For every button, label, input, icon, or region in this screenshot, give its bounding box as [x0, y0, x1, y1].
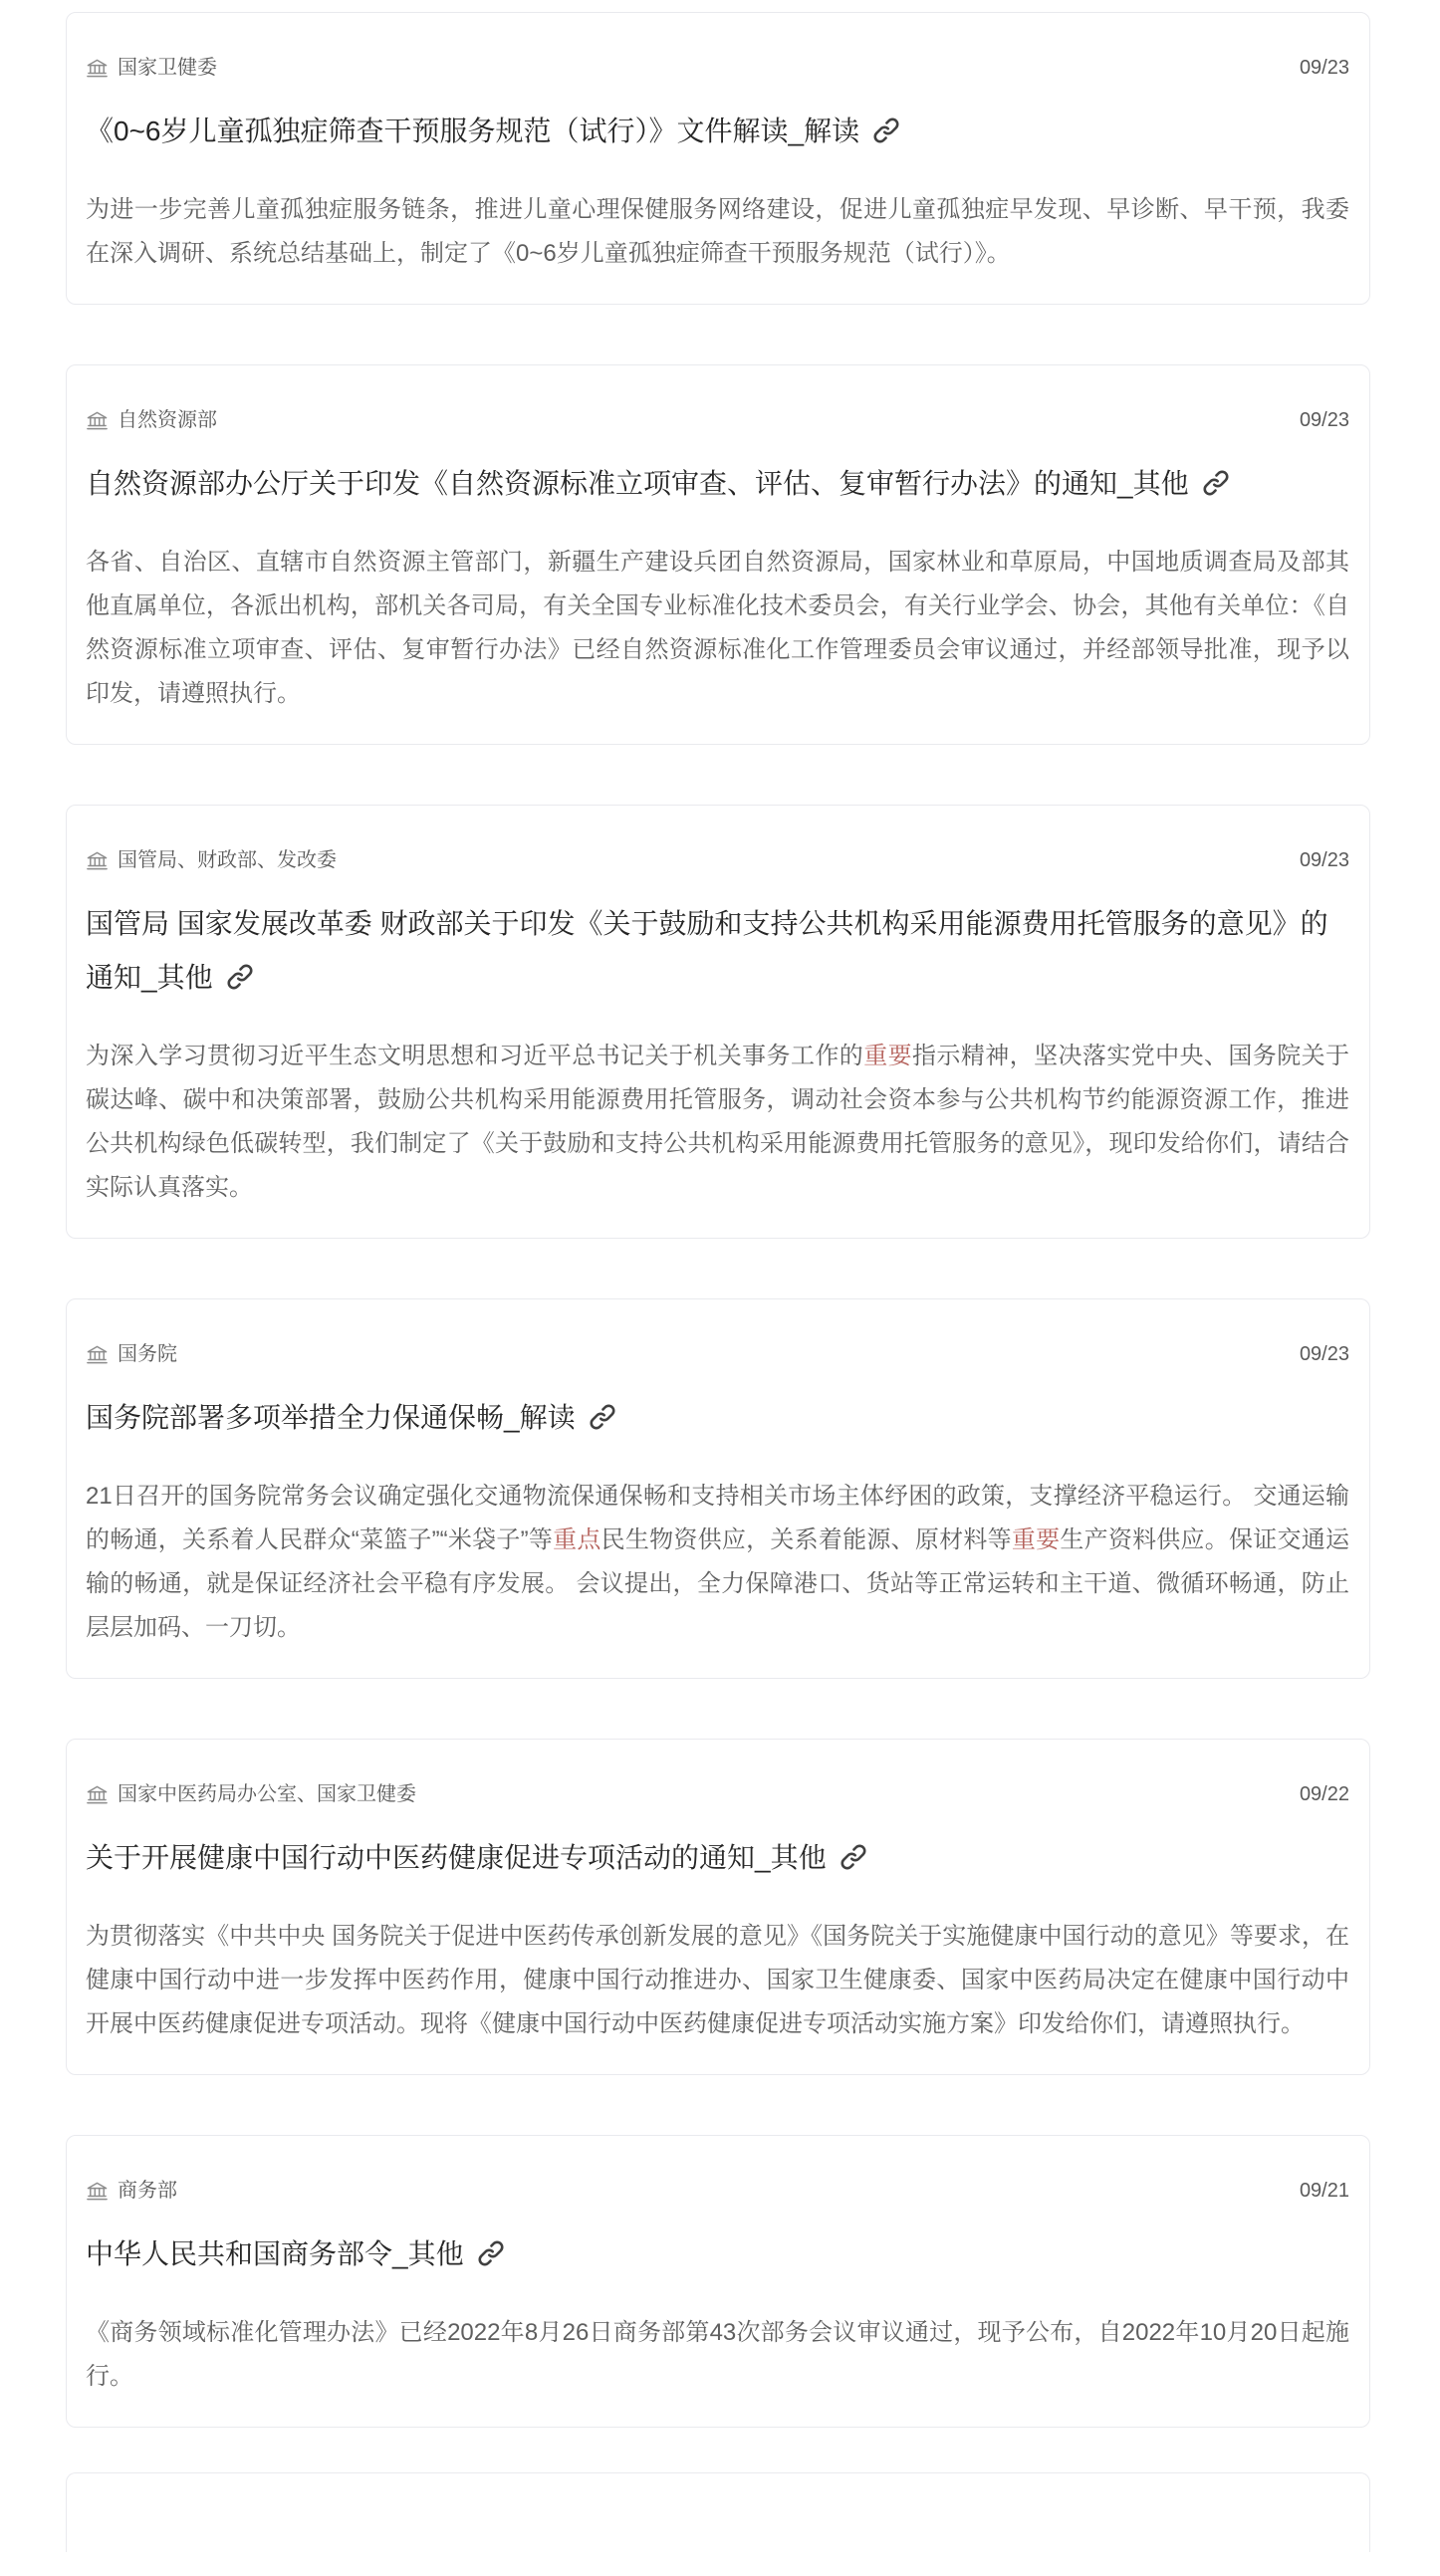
publisher-name: 国务院 — [118, 1341, 177, 1367]
highlighted-keyword: 重点 — [553, 1526, 601, 1553]
item-title-text: 国管局 国家发展改革委 财政部关于印发《关于鼓励和支持公共机构采用能源费用托管服… — [86, 908, 1328, 993]
highlighted-keyword: 重要 — [1012, 1526, 1061, 1553]
link-icon[interactable] — [476, 2238, 506, 2268]
item-summary: 各省、自治区、直辖市自然资源主管部门，新疆生产建设兵团自然资源局，国家林业和草原… — [86, 541, 1349, 716]
publisher: 商务部 — [86, 2178, 177, 2204]
item-summary: 《商务领域标准化管理办法》已经2022年8月26日商务部第43次部务会议审议通过… — [86, 2311, 1349, 2399]
item-title-text: 自然资源部办公厅关于印发《自然资源标准立项审查、评估、复审暂行办法》的通知_其他 — [86, 468, 1189, 499]
publisher-name: 国家卫健委 — [118, 55, 217, 81]
item-summary: 为深入学习贯彻习近平生态文明思想和习近平总书记关于机关事务工作的重要指示精神，坚… — [86, 1035, 1349, 1210]
card-header: 国务院 09/23 — [86, 1341, 1349, 1367]
publisher-name: 自然资源部 — [118, 407, 217, 433]
policy-feed: 国家卫健委 09/23 《0~6岁儿童孤独症筛查干预服务规范（试行）》文件解读_… — [0, 0, 1440, 2552]
publish-date: 09/22 — [1300, 1781, 1349, 1807]
item-title[interactable]: 关于开展健康中国行动中医药健康促进专项活动的通知_其他 — [86, 1831, 1349, 1885]
card-header: 国管局、财政部、发改委 09/23 — [86, 847, 1349, 873]
card-header: 自然资源部 09/23 — [86, 407, 1349, 433]
card-header: 商务部 09/21 — [86, 2178, 1349, 2204]
summary-text: 为深入学习贯彻习近平生态文明思想和习近平总书记关于机关事务工作的 — [86, 1043, 863, 1069]
policy-card[interactable]: 国家中医药局办公室、国家卫健委 09/22 关于开展健康中国行动中医药健康促进专… — [66, 1739, 1370, 2075]
bank-icon — [86, 2180, 109, 2203]
link-icon[interactable] — [1201, 468, 1231, 498]
summary-text: 各省、自治区、直辖市自然资源主管部门，新疆生产建设兵团自然资源局，国家林业和草原… — [86, 549, 1349, 707]
link-icon[interactable] — [588, 1402, 617, 1432]
publish-date: 09/21 — [1300, 2178, 1349, 2204]
bank-icon — [86, 57, 109, 80]
item-title-text: 国务院部署多项举措全力保通保畅_解读 — [86, 1402, 576, 1433]
publisher: 国家卫健委 — [86, 55, 217, 81]
publish-date: 09/23 — [1300, 1341, 1349, 1367]
policy-card[interactable]: 自然资源部 09/23 自然资源部办公厅关于印发《自然资源标准立项审查、评估、复… — [66, 364, 1370, 745]
publisher: 国家中医药局办公室、国家卫健委 — [86, 1781, 416, 1807]
publisher-name: 商务部 — [118, 2178, 177, 2204]
summary-text: 为进一步完善儿童孤独症服务链条，推进儿童心理保健服务网络建设，促进儿童孤独症早发… — [86, 196, 1349, 267]
policy-card[interactable]: 国务院 09/23 国务院部署多项举措全力保通保畅_解读 21日召开的国务院常务… — [66, 1298, 1370, 1679]
item-title-text: 中华人民共和国商务部令_其他 — [86, 2238, 464, 2269]
publisher-name: 国管局、财政部、发改委 — [118, 847, 337, 873]
bank-icon — [86, 409, 109, 432]
bank-icon — [86, 1783, 109, 1806]
policy-card[interactable]: 国家卫健委 09/23 《0~6岁儿童孤独症筛查干预服务规范（试行）》文件解读_… — [66, 12, 1370, 305]
publisher: 国务院 — [86, 1341, 177, 1367]
link-icon[interactable] — [871, 116, 901, 145]
item-title[interactable]: 国管局 国家发展改革委 财政部关于印发《关于鼓励和支持公共机构采用能源费用托管服… — [86, 897, 1349, 1005]
publish-date: 09/23 — [1300, 407, 1349, 433]
publish-date: 09/23 — [1300, 55, 1349, 81]
link-icon[interactable] — [225, 962, 255, 992]
summary-text: 《商务领域标准化管理办法》已经2022年8月26日商务部第43次部务会议审议通过… — [86, 2319, 1349, 2390]
item-title-text: 关于开展健康中国行动中医药健康促进专项活动的通知_其他 — [86, 1842, 827, 1873]
item-title[interactable]: 自然资源部办公厅关于印发《自然资源标准立项审查、评估、复审暂行办法》的通知_其他 — [86, 457, 1349, 511]
item-title[interactable]: 国务院部署多项举措全力保通保畅_解读 — [86, 1391, 1349, 1445]
highlighted-keyword: 重要 — [863, 1043, 912, 1069]
link-icon[interactable] — [839, 1842, 868, 1872]
publish-date: 09/23 — [1300, 847, 1349, 873]
item-title[interactable]: 《0~6岁儿童孤独症筛查干预服务规范（试行）》文件解读_解读 — [86, 105, 1349, 158]
item-title-text: 《0~6岁儿童孤独症筛查干预服务规范（试行）》文件解读_解读 — [86, 116, 859, 146]
policy-card[interactable]: 国管局、财政部、发改委 09/23 国管局 国家发展改革委 财政部关于印发《关于… — [66, 805, 1370, 1239]
policy-card[interactable]: 商务部 09/21 中华人民共和国商务部令_其他 《商务领域标准化管理办法》已经… — [66, 2135, 1370, 2428]
next-card-top-edge — [66, 2472, 1370, 2552]
item-summary: 为进一步完善儿童孤独症服务链条，推进儿童心理保健服务网络建设，促进儿童孤独症早发… — [86, 188, 1349, 276]
publisher: 自然资源部 — [86, 407, 217, 433]
item-summary: 21日召开的国务院常务会议确定强化交通物流保通保畅和支持相关市场主体纾困的政策，… — [86, 1475, 1349, 1650]
summary-text: 为贯彻落实《中共中央 国务院关于促进中医药传承创新发展的意见》《国务院关于实施健… — [86, 1923, 1349, 2037]
summary-text: 民生物资供应，关系着能源、原材料等 — [601, 1526, 1012, 1553]
bank-icon — [86, 1343, 109, 1366]
bank-icon — [86, 849, 109, 872]
item-title[interactable]: 中华人民共和国商务部令_其他 — [86, 2227, 1349, 2281]
item-summary: 为贯彻落实《中共中央 国务院关于促进中医药传承创新发展的意见》《国务院关于实施健… — [86, 1915, 1349, 2046]
card-header: 国家卫健委 09/23 — [86, 55, 1349, 81]
publisher: 国管局、财政部、发改委 — [86, 847, 337, 873]
card-header: 国家中医药局办公室、国家卫健委 09/22 — [86, 1781, 1349, 1807]
publisher-name: 国家中医药局办公室、国家卫健委 — [118, 1781, 416, 1807]
